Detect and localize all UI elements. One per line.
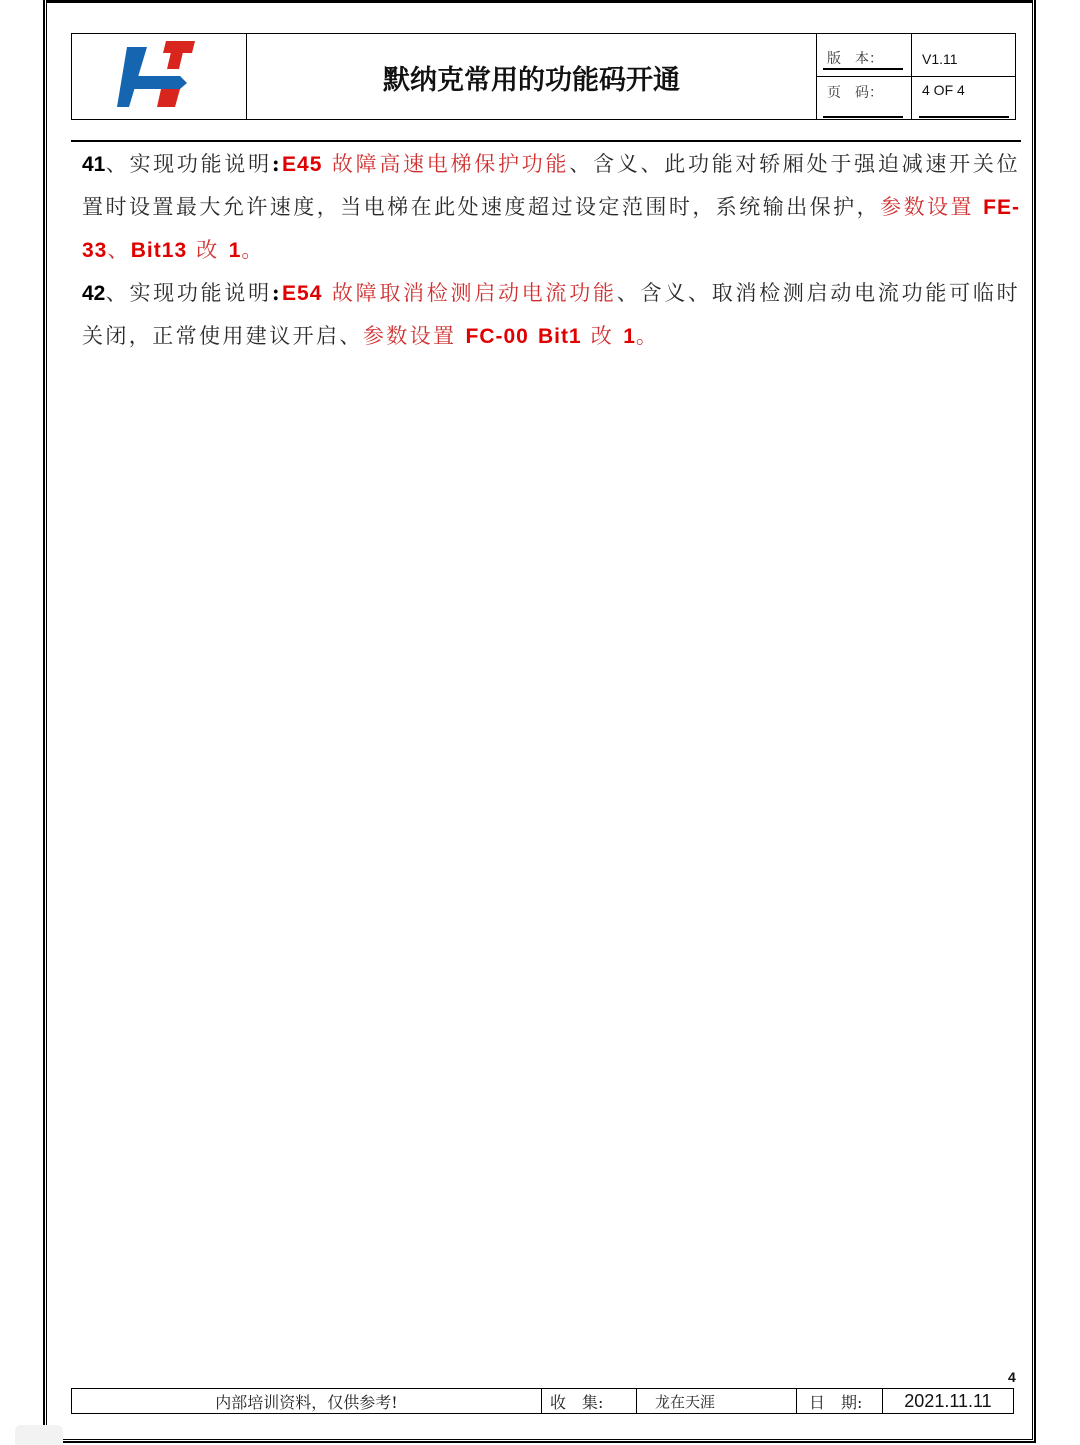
bit-label: Bit13 [131, 239, 187, 262]
collector-value: 龙在天涯 [637, 1389, 797, 1413]
page-corner-tab [15, 1425, 63, 1445]
document-title: 默纳克常用的功能码开通 [247, 34, 817, 119]
fault-description: 故障取消检测启动电流功能 [322, 281, 616, 305]
fault-description: 故障高速电梯保护功能 [322, 152, 569, 176]
change-text: 改 [582, 324, 624, 348]
function-item-41: 41、实现功能说明:E45 故障高速电梯保护功能、含义、此功能对轿厢处于强迫减速… [82, 143, 1020, 272]
version-value-cell: V1.11 [912, 34, 1015, 76]
version-value: V1.11 [922, 51, 958, 67]
fault-code: E45 [282, 153, 322, 176]
date-value: 2021.11.11 [883, 1389, 1013, 1413]
page-value-cell: 4 OF 4 [912, 77, 1015, 119]
param-label: 参数设置 [363, 324, 466, 348]
page-row: 页 码： 4 OF 4 [817, 76, 1015, 119]
date-label: 日 期: [797, 1389, 883, 1413]
footer-note: 内部培训资料，仅供参考! [72, 1389, 542, 1413]
fault-code: E54 [282, 282, 322, 305]
param-label: 参数设置 [880, 195, 983, 219]
header-divider [71, 140, 1021, 142]
underline [823, 68, 903, 70]
underline [919, 116, 1009, 118]
bit-label: Bit1 [538, 325, 582, 348]
ht-logo-icon [72, 34, 246, 118]
bit-value: 1 [229, 239, 242, 262]
param-separator: 、 [107, 238, 130, 262]
period: 。 [241, 238, 264, 262]
underline [823, 116, 903, 118]
page-value: 4 OF 4 [922, 82, 965, 98]
page-label: 页 码： [827, 82, 883, 102]
bit-value: 1 [623, 325, 636, 348]
page-number: 4 [1008, 1369, 1016, 1385]
period: 。 [636, 324, 659, 348]
version-label: 版 本： [827, 48, 883, 68]
document-footer: 内部培训资料，仅供参考! 收 集: 龙在天涯 日 期: 2021.11.11 [71, 1388, 1014, 1414]
version-label-cell: 版 本： [817, 34, 912, 76]
function-item-42: 42、实现功能说明:E54 故障取消检测启动电流功能、含义、取消检测启动电流功能… [82, 272, 1020, 358]
param-separator [529, 324, 538, 348]
document-header: 默纳克常用的功能码开通 版 本： V1.11 页 码： 4 OF 4 [71, 33, 1016, 120]
item-number: 41 [82, 153, 105, 176]
colon: : [272, 151, 282, 176]
item-intro: 、实现功能说明 [105, 281, 272, 305]
param-code: FC-00 [466, 325, 529, 348]
version-row: 版 本： V1.11 [817, 34, 1015, 76]
header-meta: 版 本： V1.11 页 码： 4 OF 4 [817, 34, 1015, 119]
collector-label: 收 集: [542, 1389, 637, 1413]
page-label-cell: 页 码： [817, 77, 912, 119]
document-body: 41、实现功能说明:E45 故障高速电梯保护功能、含义、此功能对轿厢处于强迫减速… [82, 143, 1020, 358]
colon: : [272, 280, 282, 305]
item-intro: 、实现功能说明 [105, 152, 272, 176]
change-text: 改 [187, 238, 229, 262]
item-number: 42 [82, 282, 105, 305]
logo-cell [72, 34, 247, 119]
